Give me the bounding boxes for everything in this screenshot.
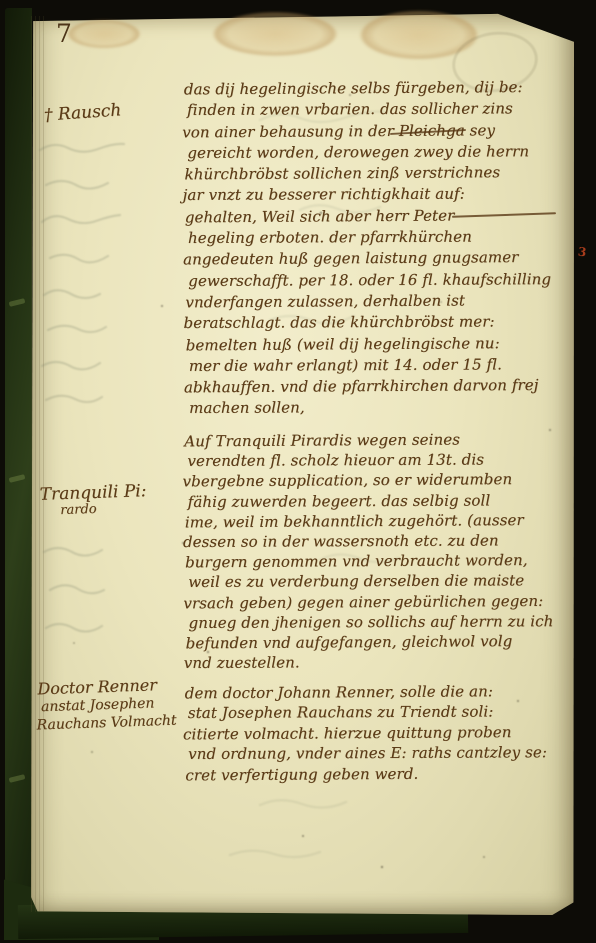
- handwritten-line: von ainer behausung in der Pleichga sey: [182, 119, 576, 143]
- handwritten-line: ime, weil im bekhanntlich zugehört. (aus…: [185, 509, 577, 532]
- handwritten-line: vbergebne supplication, so er widerumben: [182, 469, 576, 492]
- margin-note-doctor-renner: Doctor Renneranstat JosephenRauchans Vol…: [37, 676, 177, 735]
- spine-scuff: [9, 298, 26, 307]
- book-cover-spine: [5, 8, 32, 924]
- margin-note-line: rardo: [60, 498, 147, 520]
- handwritten-line: vnd ordnung, vnder aines E: raths cantzl…: [188, 742, 577, 764]
- handwritten-line: machen sollen,: [189, 396, 578, 419]
- handwritten-line: jar vnzt zu besserer richtigkhait auf:: [183, 184, 577, 207]
- paragraph-hegeling-entry: das dij hegelingische selbs fürgeben, di…: [184, 77, 578, 420]
- handwritten-line: mer die wahr erlangt) mit 14. oder 15 fl…: [189, 354, 578, 377]
- handwritten-line: stat Josephen Rauchans zu Triendt soli:: [188, 701, 577, 723]
- handwritten-line: gehalten, Weil sich aber herr Peter: [185, 204, 577, 228]
- handwritten-line: vnd zuestellen.: [184, 651, 578, 673]
- handwritten-line: khürchbröbst sollichen zinß verstrichnes: [184, 162, 576, 186]
- handwritten-line: vrsach geben) gegen ainer gebürlichen ge…: [183, 590, 577, 613]
- spine-scuff: [9, 474, 26, 483]
- handwritten-line: finden in zwen vrbarien. das sollicher z…: [187, 98, 576, 121]
- handwritten-line: das dij hegelingische selbs fürgeben, di…: [184, 77, 576, 101]
- handwritten-line: dem doctor Johann Renner, solle die an:: [185, 681, 577, 704]
- handwritten-line: cret verfertigung geben werd.: [185, 762, 577, 785]
- handwritten-line: verendten fl. scholz hieuor am 13t. dis: [187, 449, 576, 471]
- water-stain: [196, 6, 354, 62]
- handwritten-line: angedeuten huß gegen laistung gnugsamer: [183, 247, 577, 271]
- manuscript-photograph: 7 † Rausch Tranquili Pi:rardo Doctor Ren…: [0, 0, 596, 943]
- handwritten-line: fähig zuwerden begeert. das selbig soll: [188, 490, 577, 512]
- paragraph-tranquilli-entry: Auf Tranquili Pirardis wegen seinesveren…: [184, 429, 578, 674]
- handwritten-line: abkhauffen. vnd die pfarrkhirchen darvon…: [184, 375, 578, 399]
- handwritten-line: dessen so in der wassersnoth etc. zu den: [183, 530, 577, 552]
- handwritten-line: hegeling erboten. der pfarrkhürchen: [188, 226, 577, 249]
- page-edge-stack: [31, 16, 46, 912]
- handwritten-line: beratschlagt. das die khürchbröbst mer:: [183, 311, 577, 334]
- handwritten-line: gewerschafft. per 18. oder 16 fl. khaufs…: [188, 269, 577, 292]
- handwritten-line: Auf Tranquili Pirardis wegen seines: [184, 429, 576, 452]
- spine-scuff: [9, 774, 26, 783]
- handwritten-line: weil es zu verderbung derselben die mais…: [188, 570, 577, 592]
- handwritten-line: bemelten huß (weil dij hegelingische nu:: [186, 332, 578, 356]
- red-edge-mark: 3: [577, 244, 587, 259]
- handwritten-line: citierte volmacht. hierzue quittung prob…: [183, 721, 577, 744]
- folio-number: 7: [56, 20, 72, 48]
- handwritten-line: gereicht worden, derowegen zwey die herr…: [187, 141, 576, 164]
- paragraph-doctor-renner-entry: dem doctor Johann Renner, solle die an:s…: [185, 681, 578, 786]
- handwritten-line: befunden vnd aufgefangen, gleichwol volg: [186, 631, 578, 654]
- margin-note-tranquilli-pirardo: Tranquili Pi:rardo: [39, 482, 147, 521]
- handwritten-line: vnderfangen zulassen, derhalben ist: [185, 290, 577, 314]
- handwritten-line: gnueg den jhenigen so sollichs auf herrn…: [188, 611, 577, 633]
